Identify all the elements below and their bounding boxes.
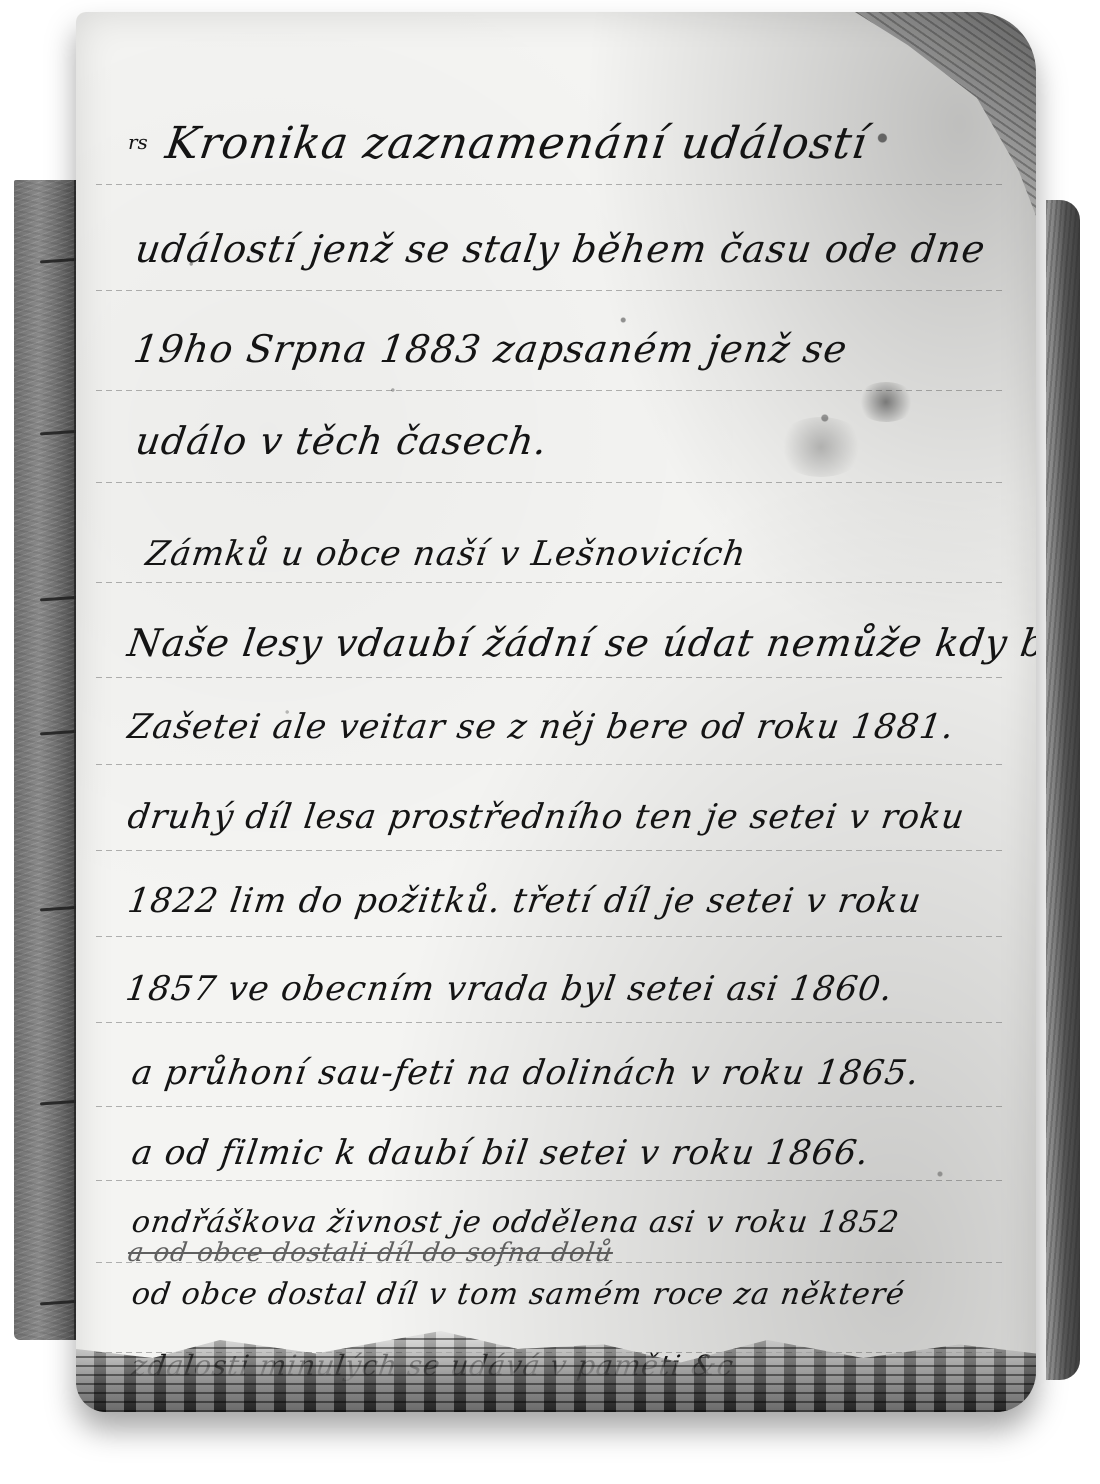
handwritten-line-7: Zašetei ale veitar se z něj bere od roku…	[126, 710, 957, 744]
ruled-line	[96, 1106, 1006, 1107]
handwritten-line-5: Zámků u obce naší v Lešnovicích	[144, 537, 749, 571]
handwritten-line-11: a průhoní sau-feti na dolinách v roku 18…	[130, 1056, 922, 1090]
manuscript-page: rs Kronika zaznamenání událostí událostí…	[76, 12, 1036, 1412]
handwritten-line-14-struck: a od obce dostali díl do sofna dolů	[126, 1240, 615, 1266]
notebook-binding	[14, 180, 76, 1340]
handwritten-line-4: událo v těch časech.	[133, 422, 550, 460]
handwritten-line-9: 1822 lim do požitků. třetí díl je setei …	[126, 884, 924, 918]
right-cover-edge	[1046, 200, 1080, 1380]
handwritten-line-3: 19ho Srpna 1883 zapsaném jenž se	[131, 330, 850, 368]
handwritten-line-10: 1857 ve obecním vrada byl setei asi 1860…	[124, 972, 895, 1006]
ruled-line	[96, 482, 1006, 483]
handwritten-line-8: druhý díl lesa prostředního ten je setei…	[126, 800, 967, 834]
handwritten-line-13: ondřáškova živnost je oddělena asi v rok…	[130, 1208, 901, 1238]
marginal-note: rs	[128, 130, 148, 154]
handwritten-line-6: Naše lesy vdaubí žádní se údat nemůže kd…	[125, 624, 1036, 662]
ruled-line	[96, 582, 1006, 583]
ink-smudge	[776, 417, 866, 477]
ink-smudge	[856, 382, 916, 422]
ruled-line	[96, 764, 1006, 765]
ruled-line	[96, 184, 1006, 185]
ruled-line	[96, 936, 1006, 937]
frayed-bottom-edge	[76, 1322, 1036, 1412]
ruled-line	[96, 1022, 1006, 1023]
ruled-line	[96, 1180, 1006, 1181]
ruled-line	[96, 850, 1006, 851]
handwritten-line-1: Kronika zaznamenání událostí	[163, 122, 870, 166]
handwritten-line-12: a od filmic k daubí bil setei v roku 186…	[130, 1136, 872, 1170]
handwritten-line-15: od obce dostal díl v tom samém roce za n…	[130, 1280, 907, 1310]
handwritten-line-2: událostí jenž se staly během času ode dn…	[133, 230, 988, 268]
ruled-line	[96, 677, 1006, 678]
ruled-line	[96, 290, 1006, 291]
